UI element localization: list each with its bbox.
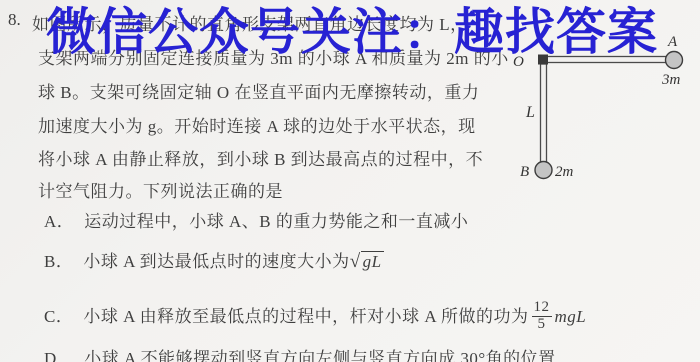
fraction-denominator: 5 <box>532 316 552 333</box>
ball-b-mass-label: 2m <box>555 164 574 180</box>
question-line-3: 球 B。支架可绕固定轴 O 在竖直平面内无摩擦转动，重力 <box>38 78 479 103</box>
option-d-label: D． <box>44 349 74 362</box>
vertical-rod <box>541 64 547 163</box>
question-line-6: 计空气阻力。下列说法正确的是 <box>38 177 283 202</box>
ball-b-label: B <box>520 164 529 180</box>
rod-length-label: L <box>525 104 535 121</box>
option-a: A．运动过程中，小球 A、B 的重力势能之和一直减小 <box>44 207 468 232</box>
option-b: B．小球 A 到达最低点时的速度大小为√gL <box>44 247 384 273</box>
option-c: C．小球 A 由释放至最低点的过程中，杆对小球 A 所做的功为125mgL <box>44 302 586 335</box>
ball-a-mass-label: 3m <box>661 72 681 88</box>
ball-a-label: A <box>667 34 678 50</box>
option-a-label: A． <box>44 212 74 231</box>
option-c-label: C． <box>44 307 73 326</box>
fraction: 125 <box>532 300 552 333</box>
option-a-text: 运动过程中，小球 A、B 的重力势能之和一直减小 <box>84 212 468 231</box>
exam-page: 微信公众号关注：趣找答案 8. 如图所示，质量不计的直角形支架两直角边长度均为 … <box>0 0 700 362</box>
watermark-text: 微信公众号关注：趣找答案 <box>46 4 658 60</box>
question-number: 8. <box>8 10 21 30</box>
question-line-5: 将小球 A 由静止释放，到小球 B 到达最高点的过程中，不 <box>38 145 483 170</box>
ball-b <box>535 162 552 179</box>
option-c-suffix: mgL <box>555 307 587 326</box>
radicand: gL <box>361 251 384 271</box>
radical-sign: √ <box>350 251 361 272</box>
option-c-text: 小球 A 由释放至最低点的过程中，杆对小球 A 所做的功为 <box>83 307 528 326</box>
option-b-label: B． <box>44 252 73 271</box>
option-d-text: 小球 A 不能够摆动到竖直方向左侧与竖直方向成 30°角的位置 <box>84 349 555 362</box>
question-line-4: 加速度大小为 g。开始时连接 A 球的边处于水平状态，现 <box>38 112 476 137</box>
ball-a <box>666 52 683 69</box>
fraction-numerator: 12 <box>532 300 552 316</box>
sqrt-formula: √gL <box>350 251 384 273</box>
option-b-text: 小球 A 到达最低点时的速度大小为 <box>83 252 349 271</box>
option-d: D．小球 A 不能够摆动到竖直方向左侧与竖直方向成 30°角的位置 <box>44 344 556 362</box>
